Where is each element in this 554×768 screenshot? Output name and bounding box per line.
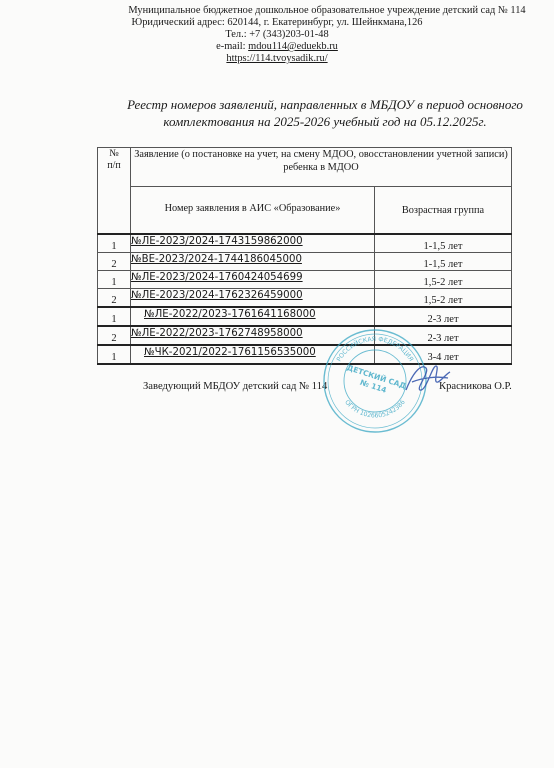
row-number: 2	[98, 326, 131, 345]
table-row: 2№ЛЕ-2022/2023-17627489580002-3 лет	[98, 326, 512, 345]
application-number-text: №ЛЕ-2022/2023-1762748958000	[131, 328, 303, 339]
num-symbol: №	[109, 148, 119, 159]
email-link[interactable]: mdou114@eduekb.ru	[248, 41, 338, 52]
application-number: №ЧК-2021/2022-1761156535000	[131, 345, 375, 364]
col-application-header: Номер заявления в АИС «Образование»	[131, 187, 375, 235]
age-group: 2-3 лет	[375, 326, 512, 345]
application-number-text: №ВЕ-2023/2024-1744186045000	[131, 254, 302, 265]
application-number-text: №ЛЕ-2023/2024-1762326459000	[131, 290, 303, 301]
col-age-header: Возрастная группа	[375, 187, 512, 235]
application-number: №ЛЕ-2023/2024-1762326459000	[131, 289, 375, 308]
age-group: 1-1,5 лет	[375, 234, 512, 253]
table-row: 1№ЛЕ-2023/2024-17431598620001-1,5 лет	[98, 234, 512, 253]
age-group: 1-1,5 лет	[375, 253, 512, 271]
application-number: №ЛЕ-2023/2024-1743159862000	[131, 234, 375, 253]
svg-text:№ 114: № 114	[359, 378, 388, 395]
row-number: 1	[98, 345, 131, 364]
svg-text:ОГРН 1026605242386: ОГРН 1026605242386	[343, 399, 407, 420]
group-header: Заявление (о постановке на учет, на смен…	[131, 148, 512, 187]
pp-abbrev: п/п	[107, 160, 120, 171]
application-number-text: №ЛЕ-2022/2023-1761641168000	[144, 309, 316, 320]
age-group: 1,5-2 лет	[375, 289, 512, 308]
applications-table: № п/п Заявление (о постановке на учет, н…	[97, 147, 512, 365]
document-title: Реестр номеров заявлений, направленных в…	[105, 96, 545, 130]
table-row: 1№ЧК-2021/2022-17611565350003-4 лет	[98, 345, 512, 364]
signatory-name: Красникова О.Р.	[439, 381, 512, 392]
table-row: 2№ЛЕ-2023/2024-17623264590001,5-2 лет	[98, 289, 512, 308]
application-number: №ВЕ-2023/2024-1744186045000	[131, 253, 375, 271]
application-number-text: №ЧК-2021/2022-1761156535000	[144, 347, 316, 358]
row-number: 1	[98, 271, 131, 289]
application-number-text: №ЛЕ-2023/2024-1743159862000	[131, 236, 303, 247]
website-link[interactable]: https://114.tvoysadik.ru/	[226, 53, 327, 64]
svg-text:ДЕТСКИЙ САД: ДЕТСКИЙ САД	[346, 363, 408, 391]
legal-address: Юридический адрес: 620144, г. Екатеринбу…	[0, 17, 554, 29]
org-name: Муниципальное бюджетное дошкольное образ…	[0, 5, 554, 17]
age-group: 2-3 лет	[375, 307, 512, 326]
phone: Тел.: +7 (343)203-01-48	[0, 29, 554, 41]
signatory-role: Заведующий МБДОУ детский сад № 114	[143, 381, 327, 392]
row-number: 1	[98, 234, 131, 253]
letterhead: Муниципальное бюджетное дошкольное образ…	[0, 5, 554, 65]
age-group: 1,5-2 лет	[375, 271, 512, 289]
application-number-text: №ЛЕ-2023/2024-1760424054699	[131, 272, 303, 283]
email-label: e-mail:	[216, 41, 248, 52]
application-number: №ЛЕ-2022/2023-1762748958000	[131, 326, 375, 345]
email-line: e-mail: mdou114@eduekb.ru	[0, 41, 554, 53]
row-number: 2	[98, 253, 131, 271]
row-number: 2	[98, 289, 131, 308]
table-row: 1№ЛЕ-2023/2024-17604240546991,5-2 лет	[98, 271, 512, 289]
table-row: 1№ЛЕ-2022/2023-17616411680002-3 лет	[98, 307, 512, 326]
title-line-1: Реестр номеров заявлений, направленных в…	[105, 96, 545, 113]
col-num-header: № п/п	[98, 148, 131, 235]
row-number: 1	[98, 307, 131, 326]
age-group: 3-4 лет	[375, 345, 512, 364]
application-number: №ЛЕ-2022/2023-1761641168000	[131, 307, 375, 326]
title-line-2: комплектования на 2025-2026 учебный год …	[105, 113, 545, 130]
table-row: 2№ВЕ-2023/2024-17441860450001-1,5 лет	[98, 253, 512, 271]
application-number: №ЛЕ-2023/2024-1760424054699	[131, 271, 375, 289]
